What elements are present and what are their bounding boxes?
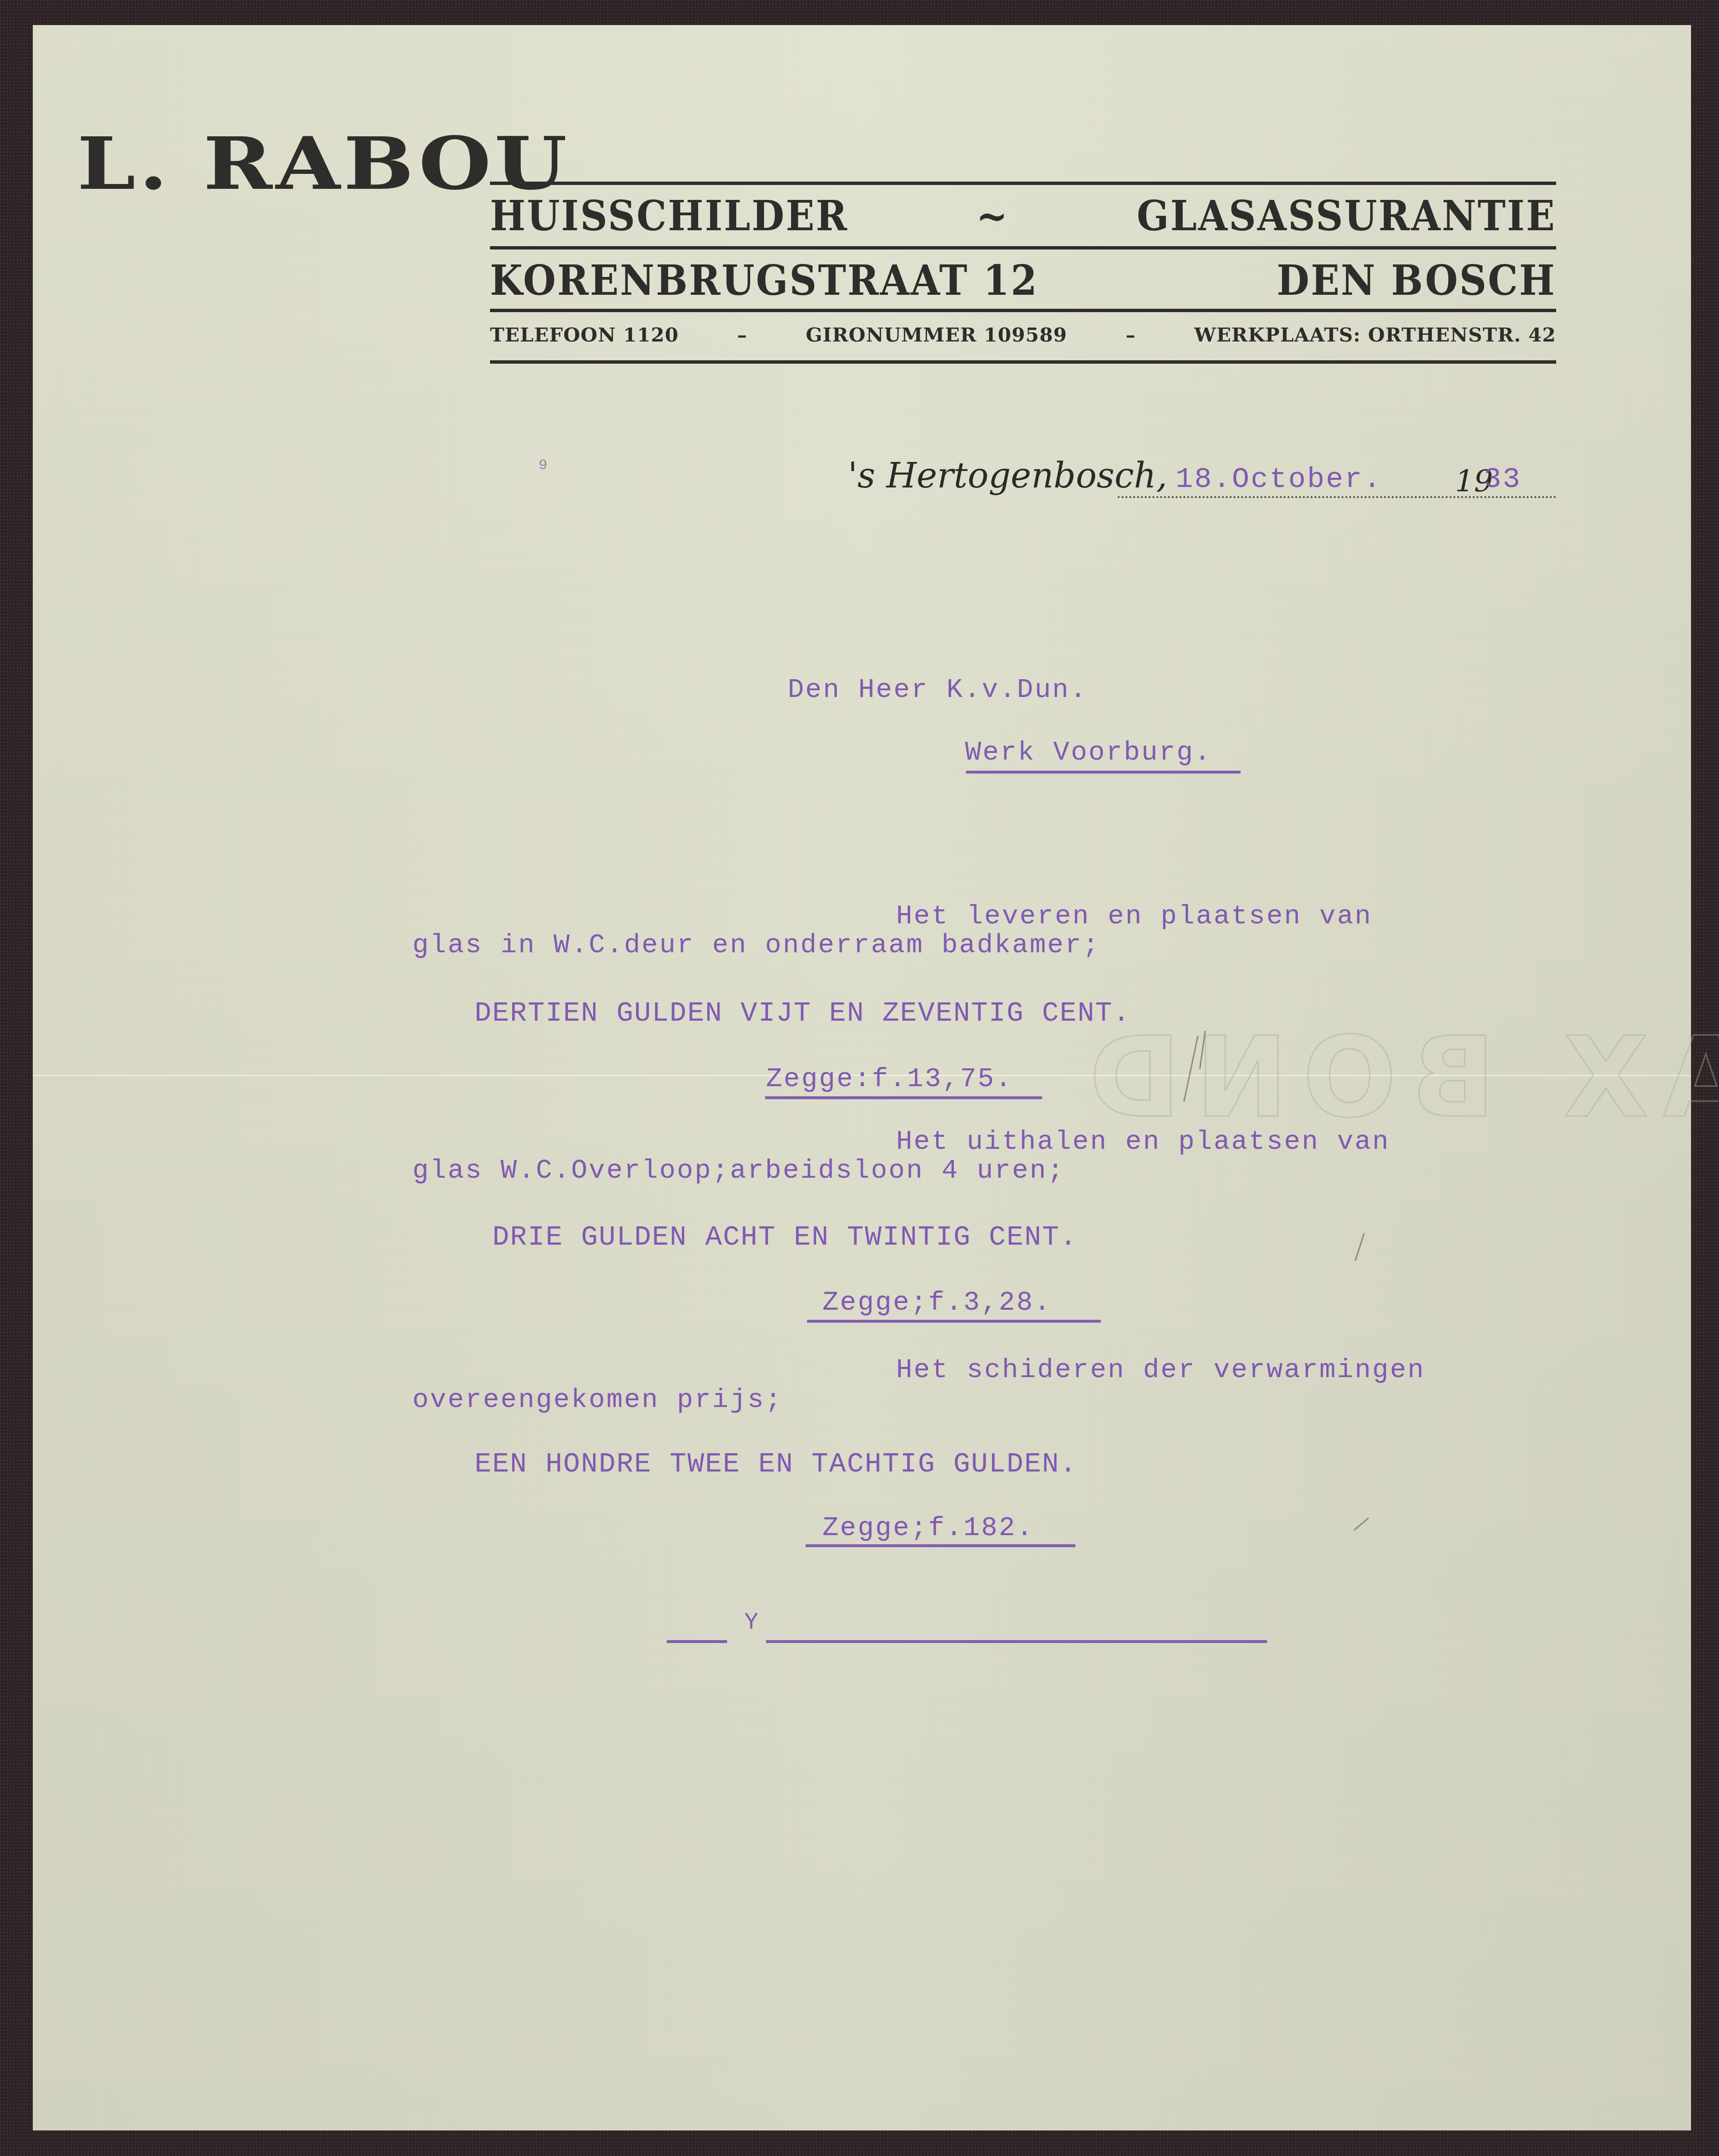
letterhead-rule-4 (490, 360, 1556, 364)
recipient-salutation: Den Heer K.v.Dun. (788, 674, 1087, 705)
item-3-amount-figure: Zegge;f.182. (822, 1512, 1034, 1543)
address-street: KORENBRUGSTRAAT 12 (490, 256, 1038, 304)
item-2-amount-words: DRIE GULDEN ACHT EN TWINTIG CENT. (492, 1222, 1078, 1253)
letterhead-contact: TELEFOON 1120 – GIRONUMMER 109589 – WERK… (490, 322, 1556, 348)
trade-glass-insurance: GLASASSURANTIE (1137, 192, 1556, 240)
letterhead-rule-2 (490, 246, 1556, 250)
address-city: DEN BOSCH (1277, 256, 1556, 304)
letterhead-address: KORENBRUGSTRAAT 12 DEN BOSCH (490, 257, 1556, 303)
item-3-line-1: Het schideren der verwarmingen (896, 1354, 1425, 1385)
item-1-amount-figure: Zegge:f.13,75. (766, 1064, 1013, 1094)
item-3-line-2: overeengekomen prijs; (412, 1384, 783, 1415)
item-2-line-2: glas W.C.Overloop;arbeidsloon 4 uren; (412, 1155, 1065, 1186)
item-1-underline (765, 1096, 1042, 1099)
letterhead-rule-3 (490, 309, 1556, 312)
item-2-amount-figure: Zegge;f.3,28. (822, 1287, 1052, 1318)
signature-mark: Y (744, 1610, 760, 1636)
year-suffix: 33 (1484, 463, 1521, 496)
recipient-location: Werk Voorburg. (965, 737, 1212, 768)
item-1-line-2: glas in W.C.deur en onderraam badkamer; (412, 930, 1100, 960)
phone-number: TELEFOON 1120 (490, 324, 679, 346)
letterhead-rule-1 (490, 182, 1556, 185)
item-2-underline (807, 1320, 1101, 1323)
place-name: 's Hertogenbosch, (848, 455, 1167, 496)
date-day-month: 18.October. (1176, 463, 1382, 496)
tilde-ornament-icon: ~ (976, 192, 1009, 240)
recipient-underline (966, 771, 1241, 774)
trade-painter: HUISSCHILDER (490, 192, 848, 240)
item-1-amount-words: DERTIEN GULDEN VIJT EN ZEVENTIG CENT. (475, 998, 1131, 1029)
giro-number: GIRONUMMER 109589 (806, 324, 1067, 346)
signature-line-left (667, 1640, 727, 1643)
margin-mark: 9 (539, 458, 549, 474)
dash-1: – (737, 324, 747, 346)
signature-line-right (766, 1640, 1267, 1643)
item-1-line-1: Het leveren en plaatsen van (896, 901, 1372, 932)
item-3-amount-words: EEN HONDRE TWEE EN TACHTIG GULDEN. (475, 1449, 1077, 1480)
item-2-line-1: Het uithalen en plaatsen van (896, 1126, 1390, 1157)
item-3-underline (806, 1544, 1075, 1547)
dash-2: – (1125, 324, 1136, 346)
paper-watermark: VAX BOND (1074, 1014, 1719, 1143)
workshop-address: WERKPLAATS: ORTHENSTR. 42 (1194, 324, 1556, 346)
letterhead-trades: HUISSCHILDER ~ GLASASSURANTIE (490, 193, 1556, 239)
